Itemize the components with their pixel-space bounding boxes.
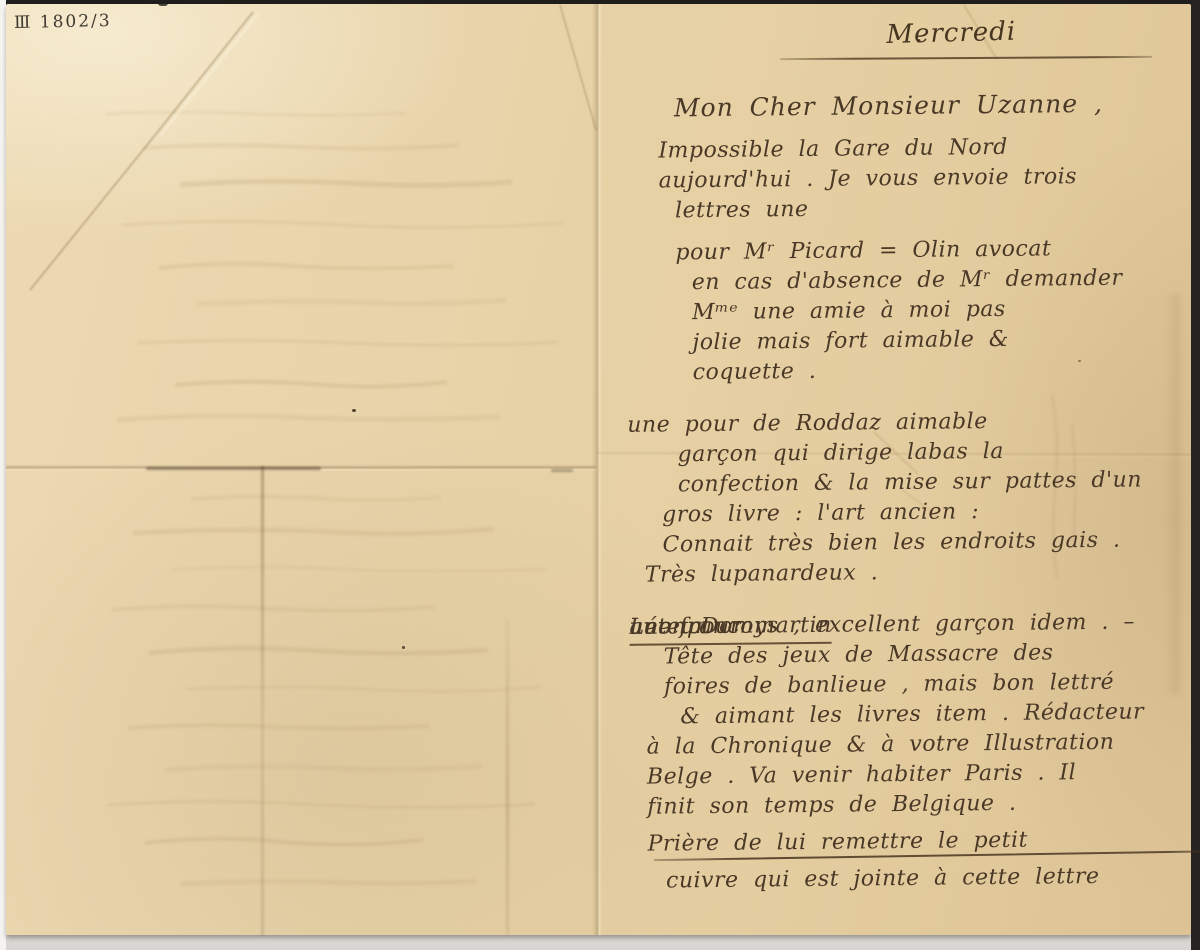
letter-line: coquette . xyxy=(693,353,1183,388)
date-punct: . xyxy=(914,19,924,49)
letter-line: cuivre qui est jointe à cette lettre xyxy=(666,861,1188,896)
scanner-edge-bottom xyxy=(0,936,1200,950)
scanned-letter-image: Ⅲ 1802/3 Mercredi. Mon Cher Monsieur Uza… xyxy=(0,0,1200,950)
ink-smudge-on-fold-2 xyxy=(551,469,573,472)
fold-crease-diagonal-center xyxy=(560,5,596,130)
archival-mark: Ⅲ 1802/3 xyxy=(14,11,112,33)
letter-body: Mon Cher Monsieur Uzanne ,Impossible la … xyxy=(614,87,1188,897)
ink-smudge-on-fold xyxy=(146,467,321,470)
letter-sheet: Ⅲ 1802/3 Mercredi. Mon Cher Monsieur Uza… xyxy=(6,4,1191,935)
ink-spot xyxy=(352,409,356,412)
letter-line: finit son temps de Belgique . xyxy=(647,787,1187,823)
fold-crease-diagonal-topleft xyxy=(30,12,253,290)
scanner-edge-right xyxy=(1191,0,1200,950)
letter-line: Très lupanardeux . xyxy=(645,555,1185,591)
letter-line: lettres une xyxy=(675,191,1181,226)
letter-line: Prière de lui remettre le petit xyxy=(648,824,1188,860)
letter-line: Mon Cher Monsieur Uzanne , xyxy=(674,87,1180,124)
fold-crease-vertical-left-page xyxy=(261,466,264,936)
fold-crease-vertical-left-page-2 xyxy=(506,619,509,935)
crease-highlight xyxy=(160,14,258,136)
paper-edge-notch xyxy=(158,3,168,6)
date-text: Mercredi xyxy=(886,17,1017,50)
ink-spot xyxy=(402,646,405,649)
